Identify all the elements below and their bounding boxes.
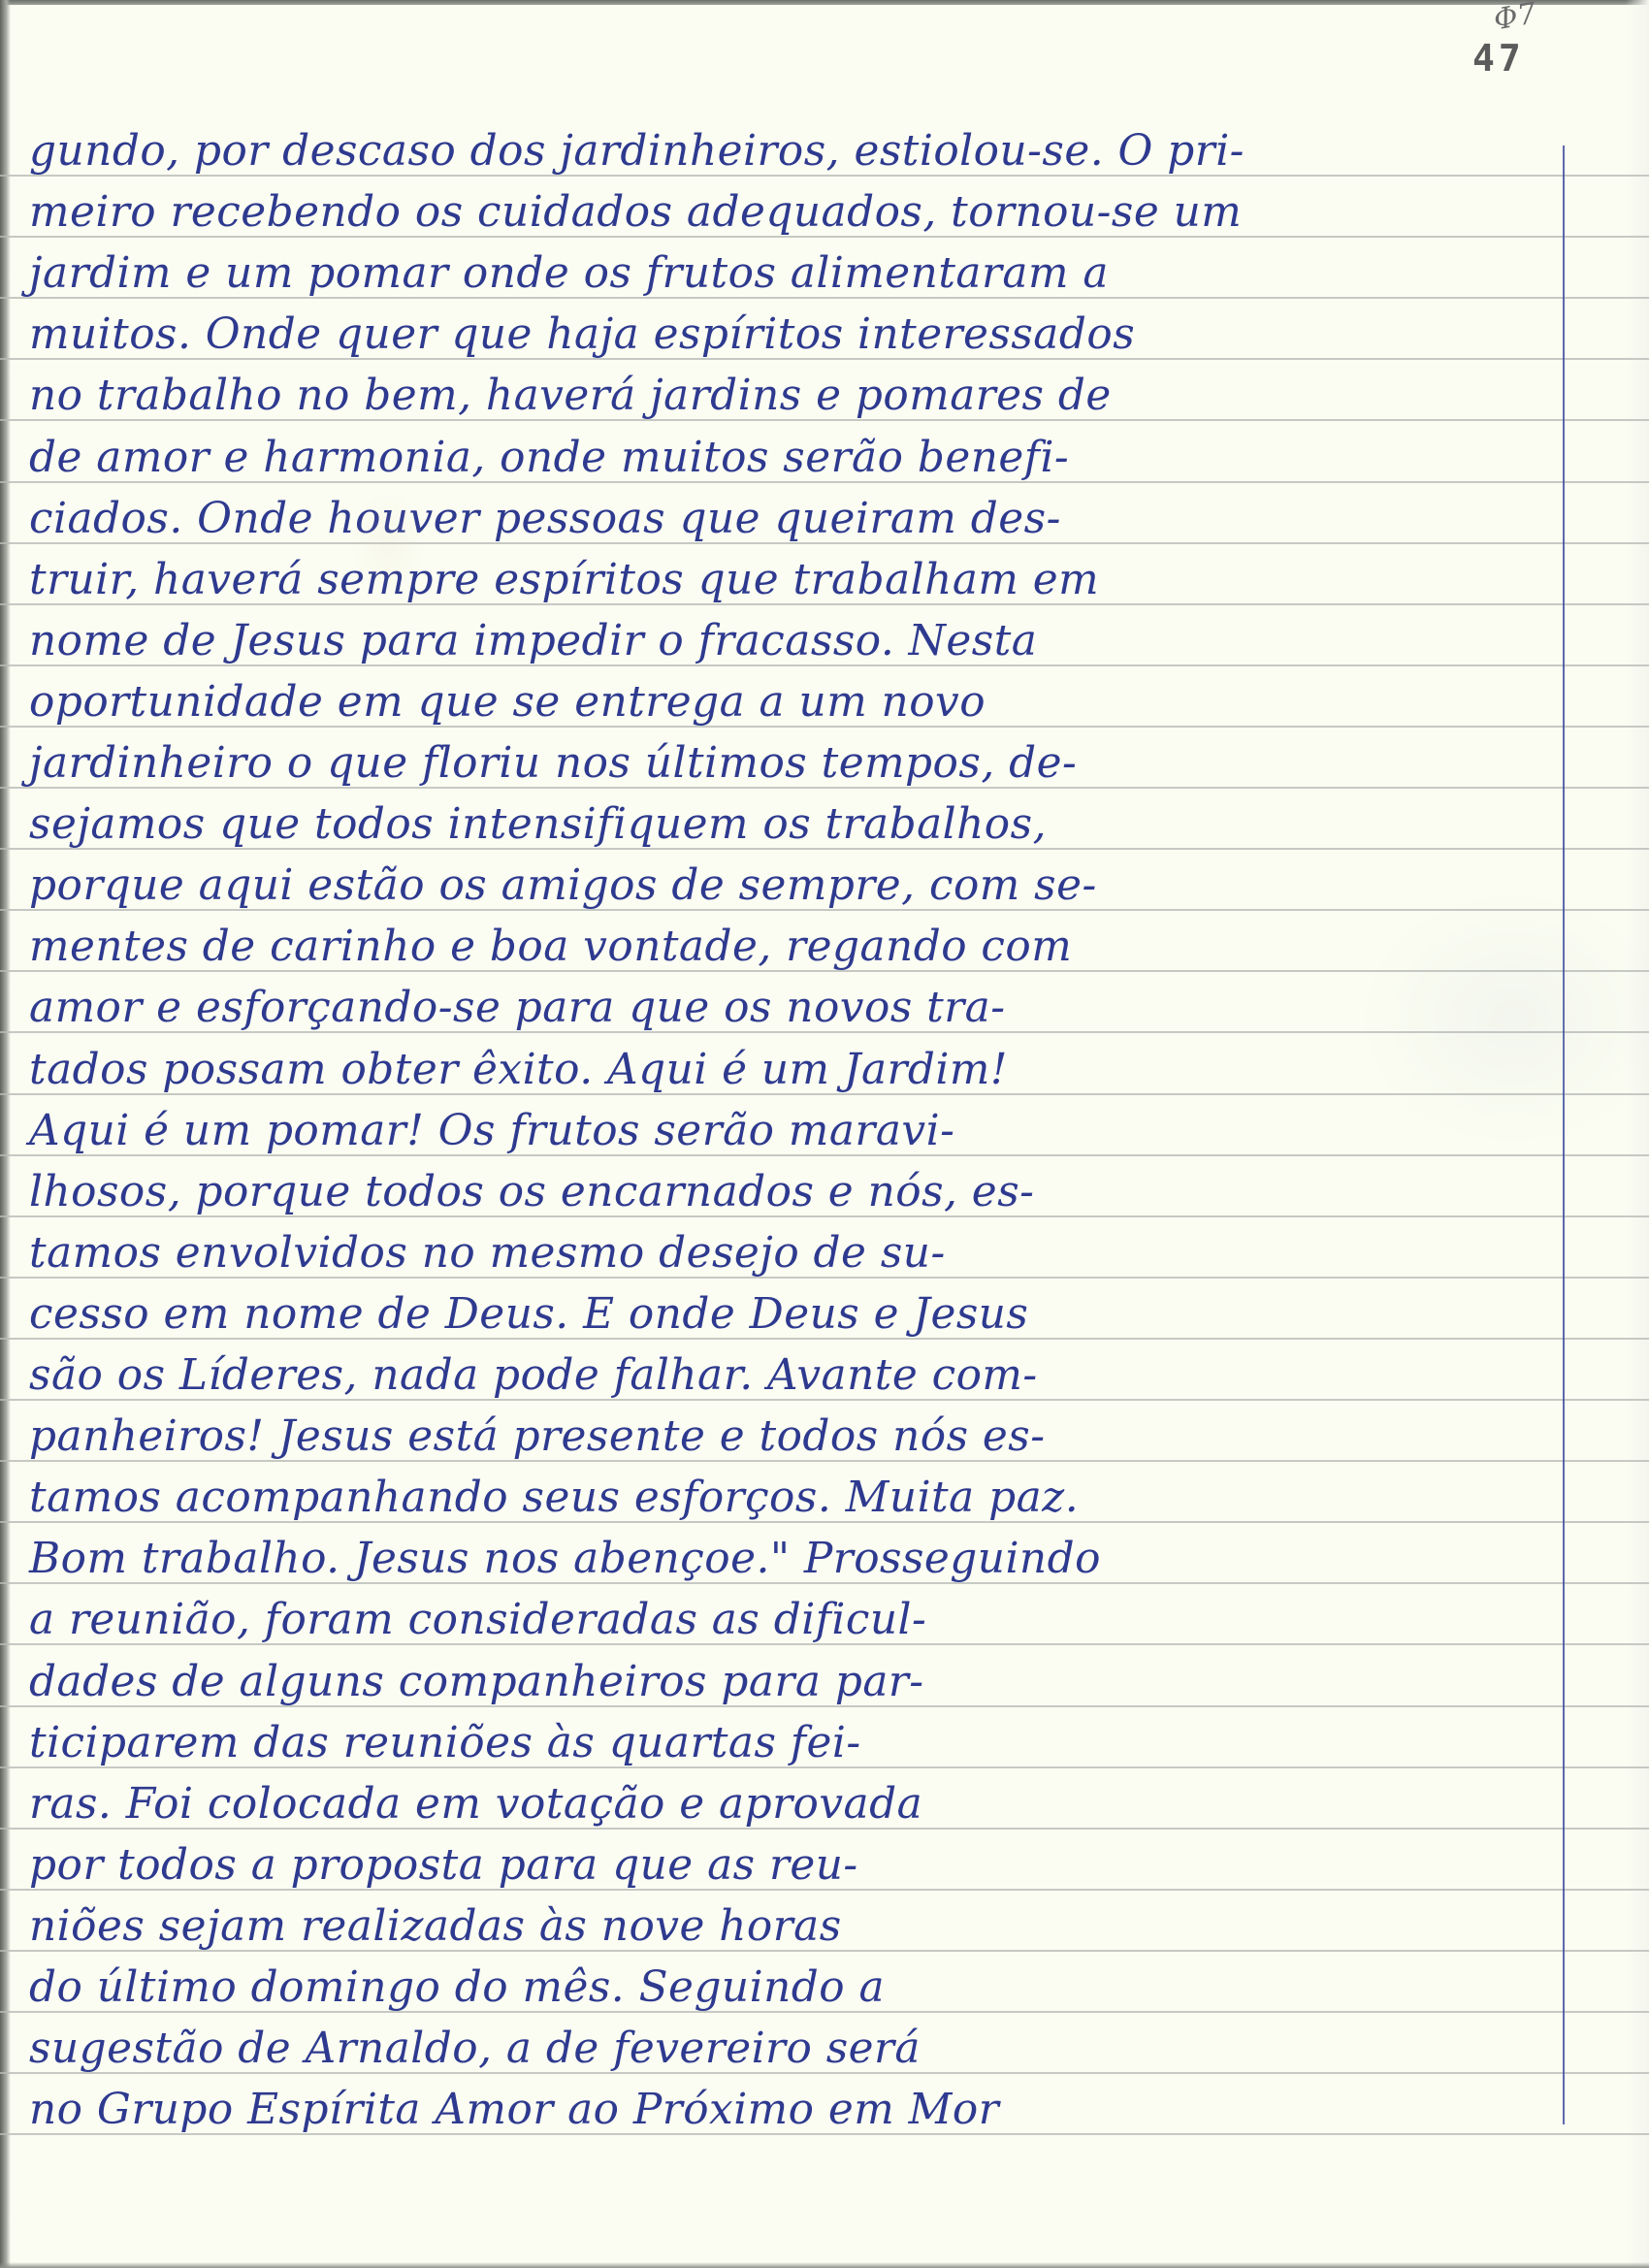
handwritten-text: gundo, por descaso dos jardinheiros, est… xyxy=(0,0,1649,2268)
handwritten-line: sejamos que todos intensifiquem os traba… xyxy=(29,794,1553,856)
handwritten-line: no Grupo Espírita Amor ao Próximo em Mor xyxy=(29,2079,1553,2141)
handwritten-line: truir, haverá sempre espíritos que traba… xyxy=(29,549,1553,611)
handwritten-line: a reunião, foram consideradas as dificul… xyxy=(29,1589,1553,1651)
handwritten-line: amor e esforçando-se para que os novos t… xyxy=(29,977,1553,1039)
handwritten-line: Bom trabalho. Jesus nos abençoe." Prosse… xyxy=(29,1528,1553,1590)
handwritten-line: jardinheiro o que floriu nos últimos tem… xyxy=(29,732,1553,794)
handwritten-line: são os Líderes, nada pode falhar. Avante… xyxy=(29,1345,1553,1407)
handwritten-line: lhosos, porque todos os encarnados e nós… xyxy=(29,1161,1553,1223)
handwritten-line: muitos. Onde quer que haja espíritos int… xyxy=(29,304,1553,366)
handwritten-line: meiro recebendo os cuidados adequados, t… xyxy=(29,181,1553,243)
handwritten-line: ticiparem das reuniões às quartas fei- xyxy=(29,1712,1553,1774)
handwritten-line: tados possam obter êxito. Aqui é um Jard… xyxy=(29,1039,1553,1101)
handwritten-line: de amor e harmonia, onde muitos serão be… xyxy=(29,427,1553,489)
handwritten-line: nome de Jesus para impedir o fracasso. N… xyxy=(29,610,1553,672)
handwritten-line: niões sejam realizadas às nove horas xyxy=(29,1895,1553,1958)
handwritten-line: panheiros! Jesus está presente e todos n… xyxy=(29,1406,1553,1468)
handwritten-line: do último domingo do mês. Seguindo a xyxy=(29,1957,1553,2019)
handwritten-line: porque aqui estão os amigos de sempre, c… xyxy=(29,855,1553,917)
handwritten-line: ciados. Onde houver pessoas que queiram … xyxy=(29,488,1553,550)
handwritten-line: jardim e um pomar onde os frutos aliment… xyxy=(29,243,1553,305)
handwritten-line: tamos envolvidos no mesmo desejo de su- xyxy=(29,1222,1553,1284)
handwritten-line: sugestão de Arnaldo, a de fevereiro será xyxy=(29,2018,1553,2080)
handwritten-line: tamos acompanhando seus esforços. Muita … xyxy=(29,1467,1553,1529)
handwritten-line: oportunidade em que se entrega a um novo xyxy=(29,671,1553,733)
handwritten-line: por todos a proposta para que as reu- xyxy=(29,1834,1553,1896)
handwritten-line: mentes de carinho e boa vontade, regando… xyxy=(29,916,1553,978)
handwritten-line: gundo, por descaso dos jardinheiros, est… xyxy=(29,120,1553,182)
handwritten-line: no trabalho no bem, haverá jardins e pom… xyxy=(29,365,1553,427)
handwritten-line: cesso em nome de Deus. E onde Deus e Jes… xyxy=(29,1283,1553,1345)
handwritten-line: ras. Foi colocada em votação e aprovada xyxy=(29,1773,1553,1835)
handwritten-line: Aqui é um pomar! Os frutos serão maravi- xyxy=(29,1100,1553,1162)
handwritten-line: dades de alguns companheiros para par- xyxy=(29,1651,1553,1713)
